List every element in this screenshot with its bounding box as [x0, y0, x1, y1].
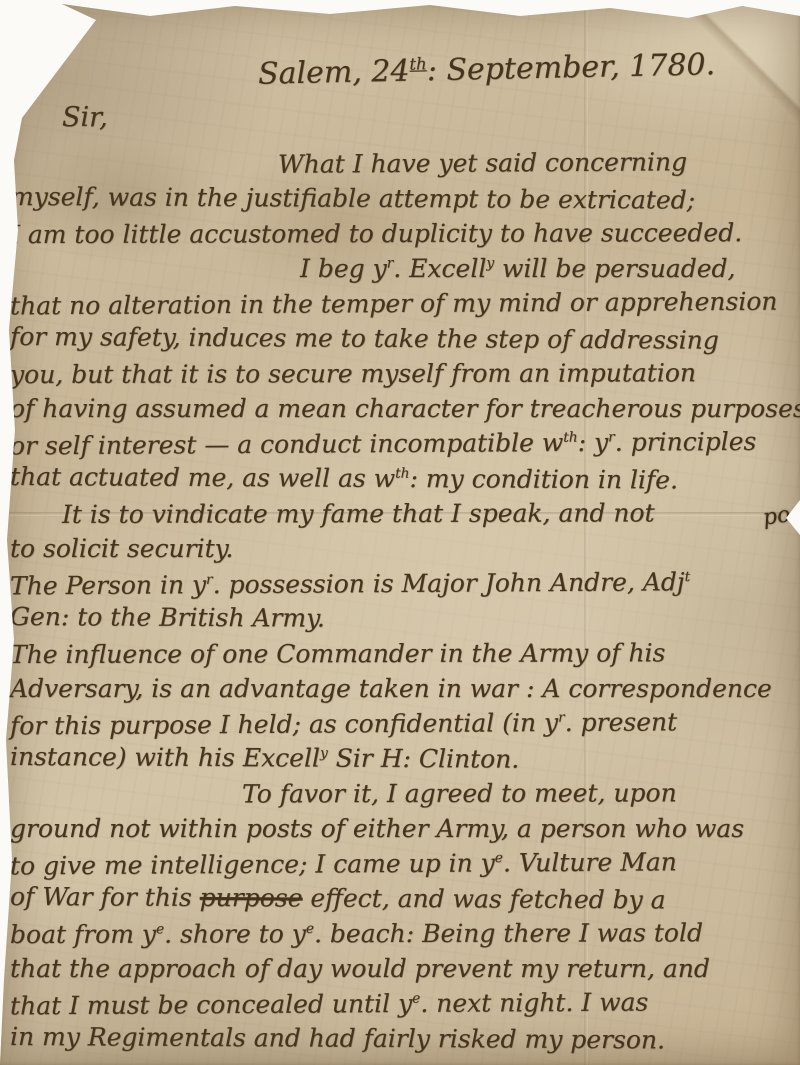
text-segment: to give me intelligence; I came up in y: [10, 848, 495, 880]
letter-line: that I must be concealed until ye. next …: [10, 984, 796, 1024]
letter-lines: What I have yet said concerningmyself, w…: [10, 146, 796, 1056]
text-segment: e: [156, 921, 164, 937]
text-segment: : my condition in life.: [409, 464, 678, 494]
letter-line: ground not within posts of either Army, …: [10, 811, 796, 846]
letter-line: that the approach of day would prevent m…: [10, 951, 796, 986]
text-segment: t: [685, 569, 691, 585]
letter-line: instance) with his Excelly Sir H: Clinto…: [10, 739, 796, 778]
dateline-rest: : September, 1780.: [426, 47, 715, 88]
text-segment: th: [395, 466, 409, 482]
text-segment: that no alteration in the temper of my m…: [10, 287, 778, 321]
text-segment: to solicit security.: [10, 534, 233, 563]
aged-paper-sheet: Salem, 24th: September, 1780. Sir, What …: [0, 0, 800, 1065]
text-segment: e: [495, 850, 503, 866]
letter-line: To favor it, I agreed to meet, upon: [10, 775, 796, 812]
text-segment: myself, was in the justifiable attempt t…: [10, 182, 695, 215]
letter-line: in my Regimentals and had fairly risked …: [10, 1019, 796, 1058]
text-segment: It is to vindicate my fame that I speak,…: [62, 498, 655, 529]
letter-line: I am too little accustomed to duplicity …: [10, 215, 796, 252]
text-segment: y: [320, 745, 328, 761]
letter-line: for this purpose I held; as confidential…: [10, 704, 796, 744]
text-segment: y: [486, 256, 494, 272]
letter-line: It is to vindicate my fame that I speak,…: [10, 495, 796, 532]
text-segment: th: [563, 430, 577, 446]
text-segment: that actuated me, as well as w: [10, 462, 395, 493]
dateline-day-suffix: th: [409, 54, 427, 73]
text-segment: . Excell: [393, 254, 486, 283]
letter-line: boat from ye. shore to ye. beach: Being …: [10, 915, 796, 952]
text-segment: Sir H: Clinton.: [328, 744, 520, 774]
struck-word: purpose: [200, 883, 303, 913]
letter-line: of War for this purpose effect, and was …: [10, 879, 796, 918]
text-segment: boat from y: [10, 920, 156, 949]
letter-line: I beg yr. Excelly will be persuaded,: [10, 251, 796, 286]
letter-line: myself, was in the justifiable attempt t…: [10, 179, 796, 218]
letter-line: to solicit security.: [10, 531, 796, 566]
letter-line: Gen: to the British Army.: [10, 599, 796, 638]
salutation: Sir,: [62, 102, 108, 133]
text-segment: Adversary, is an advantage taken in war …: [10, 674, 772, 703]
letter-line: to give me intelligence; I came up in ye…: [10, 844, 796, 884]
text-segment: you, but that it is to secure myself fro…: [10, 358, 696, 389]
text-segment: What I have yet said concerning: [278, 147, 687, 178]
text-segment: of having assumed a mean character for t…: [10, 394, 800, 423]
text-segment: for my safety, induces me to take the st…: [10, 322, 719, 355]
text-segment: : y: [578, 428, 609, 457]
text-segment: I am too little accustomed to duplicity …: [10, 218, 742, 249]
text-segment: . beach: Being there I was told: [314, 918, 703, 948]
text-segment: effect, and was fetched by a: [302, 883, 665, 914]
letter-line: for my safety, induces me to take the st…: [10, 319, 796, 358]
text-segment: . next night. I was: [420, 988, 648, 1018]
letter-line: What I have yet said concerning: [10, 144, 796, 184]
letter-line: The Person in yr. possession is Major Jo…: [10, 564, 796, 604]
letter-line: Adversary, is an advantage taken in war …: [10, 671, 796, 706]
text-segment: that I must be concealed until y: [10, 989, 412, 1020]
text-segment: instance) with his Excell: [10, 742, 320, 773]
letter-line: or self interest — a conduct incompatibl…: [10, 424, 796, 464]
letter-line: you, but that it is to secure myself fro…: [10, 355, 796, 392]
text-segment: that the approach of day would prevent m…: [10, 954, 710, 983]
text-segment: . principles: [615, 427, 757, 457]
text-segment: The influence of one Commander in the Ar…: [10, 638, 665, 669]
dateline-place-day: Salem, 24: [258, 54, 410, 92]
text-segment: . present: [565, 707, 678, 737]
text-segment: ground not within posts of either Army, …: [10, 814, 744, 843]
letter-line: of having assumed a mean character for t…: [10, 391, 796, 426]
text-segment: I beg y: [300, 254, 387, 283]
text-segment: . Vulture Man: [503, 847, 677, 877]
text-segment: will be persuaded,: [494, 254, 735, 283]
text-segment: . possession is Major John Andre, Adj: [213, 567, 685, 599]
text-segment: of War for this: [10, 882, 200, 912]
text-segment: or self interest — a conduct incompatibl…: [10, 428, 563, 460]
letter-line: that no alteration in the temper of my m…: [10, 284, 796, 324]
margin-ink-mark: po: [761, 502, 792, 531]
dateline: Salem, 24th: September, 1780.: [258, 47, 716, 92]
text-segment: . shore to y: [164, 919, 306, 948]
text-segment: The Person in y: [10, 570, 206, 600]
text-segment: To favor it, I agreed to meet, upon: [242, 778, 677, 808]
text-segment: Gen: to the British Army.: [10, 602, 325, 633]
text-segment: e: [306, 921, 314, 937]
text-segment: for this purpose I held; as confidential…: [10, 708, 558, 740]
letter-line: The influence of one Commander in the Ar…: [10, 635, 796, 672]
text-segment: in my Regimentals and had fairly risked …: [10, 1022, 665, 1054]
letter-line: that actuated me, as well as wth: my con…: [10, 459, 796, 498]
letter-scan: Salem, 24th: September, 1780. Sir, What …: [0, 0, 800, 1065]
